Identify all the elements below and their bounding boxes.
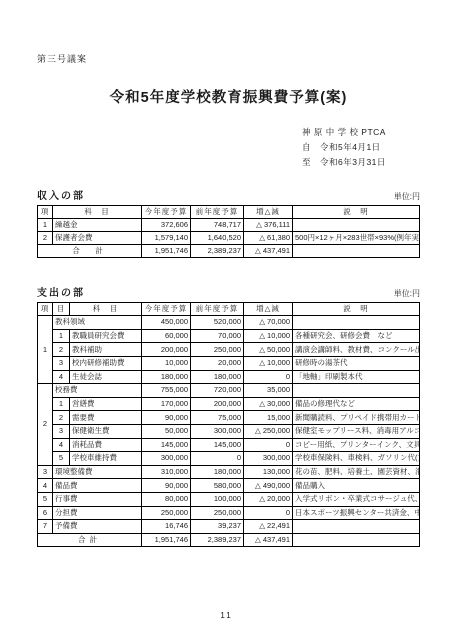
col-ko: 6 [38,506,53,520]
col-name: 消耗品費 [70,438,142,452]
col-diff: △ 10,000 [244,357,293,371]
col-current: 16,746 [142,520,191,534]
col-previous: 180,000 [191,370,244,384]
col-previous: 39,237 [191,520,244,534]
col-current: 300,000 [142,452,191,466]
col-diff: △ 61,380 [244,231,293,244]
column-header: 科 目 [70,302,142,316]
col-ko: 2 [38,384,53,466]
col-note: 講演会講師料、教材費、コンクール出品料、生徒の教科に必要な教材等 [293,343,420,357]
col-previous: 300,000 [191,424,244,438]
col-previous: 520,000 [191,316,244,330]
table-row: 4 生徒会誌 180,000 180,000 0 「地軸」印刷製本代 [38,370,420,384]
col-diff: 0 [244,438,293,452]
col-name: 教科領域 [53,316,142,330]
col-previous: 75,000 [191,411,244,425]
col-previous: 250,000 [191,343,244,357]
col-me: 4 [53,370,70,384]
col-name: 需要費 [70,411,142,425]
col-diff: △ 437,491 [244,244,293,257]
col-previous: 2,389,237 [191,244,244,257]
expense-section-title: 支出の部 [37,284,85,299]
col-name: 教科補助 [70,343,142,357]
col-diff: △ 30,000 [244,397,293,411]
col-name: 備品費 [53,479,142,493]
document-page: 第三号議案 令和5年度学校教育振興費予算(案) 神 原 中 学 校 PTCA 自… [0,0,453,640]
col-diff: △ 10,000 [244,329,293,343]
col-note [293,218,420,231]
col-me: 1 [53,397,70,411]
table-row: 2 保護者会費 1,579,140 1,640,520 △ 61,380 500… [38,231,420,244]
col-name: 教職員研究会費 [70,329,142,343]
col-note: 新聞購読料、プリペイド携帯用カード料 [293,411,420,425]
column-header: 科 目 [53,205,142,218]
col-current: 50,000 [142,424,191,438]
col-me: 3 [53,357,70,371]
group-row: 1 教科領域 450,000 520,000 △ 70,000 [38,316,420,330]
col-previous: 200,000 [191,397,244,411]
period-from: 自 令和5年4月1日 [302,140,420,155]
column-header: 目 [53,302,70,316]
col-note [293,316,420,330]
col-me: 3 [53,424,70,438]
page-title: 令和5年度学校教育振興費予算(案) [37,86,420,107]
col-note: 日本スポーツ振興センター共済金、中体連・中分連分担金 [293,506,420,520]
column-header: 今年度予算 [142,205,191,218]
table-row: 1 繰越金 372,606 748,717 △ 376,111 [38,218,420,231]
col-previous: 180,000 [191,465,244,479]
col-name: 保護者会費 [53,231,142,244]
column-header: 増△減 [244,302,293,316]
col-diff: △ 376,111 [244,218,293,231]
col-previous: 20,000 [191,357,244,371]
col-previous: 250,000 [191,506,244,520]
income-section-head: 収入の部 単位:円 [37,187,420,202]
col-ko: 3 [38,465,53,479]
col-name: 行事費 [53,492,142,506]
col-ko: 7 [38,520,53,534]
col-note: 学校車保険料、車検料、ガソリン代(文化・スポーツ振興費からの移行) [293,452,420,466]
col-previous: 748,717 [191,218,244,231]
col-note [293,384,420,398]
col-me: 1 [53,329,70,343]
col-name: 繰越金 [53,218,142,231]
col-current: 180,000 [142,370,191,384]
col-name: 生徒会誌 [70,370,142,384]
col-diff: 130,000 [244,465,293,479]
column-header: 前年度予算 [191,302,244,316]
income-section-title: 収入の部 [37,187,85,202]
org-name: 神 原 中 学 校 PTCA [302,125,420,140]
col-current: 80,000 [142,492,191,506]
column-header: 前年度予算 [191,205,244,218]
col-current: 10,000 [142,357,191,371]
income-table: 項 科 目 今年度予算 前年度予算 増△減 説 明 1 繰越金 372,606 … [37,205,420,258]
col-diff: △ 20,000 [244,492,293,506]
table-row: 1 営繕費 170,000 200,000 △ 30,000 備品の修理代など [38,397,420,411]
col-name: 保健衛生費 [70,424,142,438]
col-name: 分担費 [53,506,142,520]
col-name: 校内研修補助費 [70,357,142,371]
col-note: 各種研究会、研修会費 など [293,329,420,343]
col-previous: 720,000 [191,384,244,398]
col-previous: 70,000 [191,329,244,343]
col-current: 1,579,140 [142,231,191,244]
col-current: 372,606 [142,218,191,231]
table-row: 7 予備費 16,746 39,237 △ 22,491 [38,520,420,534]
col-current: 755,000 [142,384,191,398]
col-ko: 5 [38,492,53,506]
col-note: 500円×12ヶ月×283世帯×93%(例年実績) [293,231,420,244]
table-row: 6 分担費 250,000 250,000 0 日本スポーツ振興センター共済金、… [38,506,420,520]
col-note: 花の苗、肥料、培養土、園芸資材、潅水外部委託費 [293,465,420,479]
total-label: 合計 [38,533,142,547]
column-header: 項 [38,205,53,218]
total-row: 合 計 1,951,746 2,389,237 △ 437,491 [38,244,420,257]
col-diff: 300,000 [244,452,293,466]
col-name: 環境整備費 [53,465,142,479]
col-note: 入学式リボン・卒業式コサージュ代、式典用生花代 [293,492,420,506]
col-current: 310,000 [142,465,191,479]
col-note: 研修時の湯茶代 [293,357,420,371]
col-note: 備品購入 [293,479,420,493]
col-name: 学校車維持費 [70,452,142,466]
col-diff: △ 70,000 [244,316,293,330]
expense-table: 項 目 科 目 今年度予算 前年度予算 増△減 説 明 1 教科領域 450,0… [37,302,420,548]
col-previous: 1,640,520 [191,231,244,244]
column-header: 説 明 [293,302,420,316]
col-diff: △ 250,000 [244,424,293,438]
table-row: 4 消耗品費 145,000 145,000 0 コピー用紙、プリンターインク、… [38,438,420,452]
col-current: 90,000 [142,479,191,493]
column-header: 今年度予算 [142,302,191,316]
col-diff: △ 437,491 [244,533,293,547]
table-row: 3 環境整備費 310,000 180,000 130,000 花の苗、肥料、培… [38,465,420,479]
table-row: 2 需要費 90,000 75,000 15,000 新聞購読料、プリペイド携帯… [38,411,420,425]
table-row: 3 校内研修補助費 10,000 20,000 △ 10,000 研修時の湯茶代 [38,357,420,371]
col-diff: △ 22,491 [244,520,293,534]
col-ko: 1 [38,316,53,384]
col-no: 1 [38,218,53,231]
total-label: 合 計 [38,244,142,257]
table-row: 1 教職員研究会費 60,000 70,000 △ 10,000 各種研究会、研… [38,329,420,343]
table-row: 5 行事費 80,000 100,000 △ 20,000 入学式リボン・卒業式… [38,492,420,506]
col-current: 145,000 [142,438,191,452]
column-header: 説 明 [293,205,420,218]
col-note [293,244,420,257]
expense-section-head: 支出の部 単位:円 [37,284,420,299]
table-row: 2 教科補助 200,000 250,000 △ 50,000 講演会講師料、教… [38,343,420,357]
col-previous: 145,000 [191,438,244,452]
col-previous: 580,000 [191,479,244,493]
period-to: 至 令和6年3月31日 [302,155,420,170]
page-number: 11 [0,611,453,620]
col-note: 保健室モップリース料、消毒用アルコール代 [293,424,420,438]
income-header-row: 項 科 目 今年度予算 前年度予算 増△減 説 明 [38,205,420,218]
col-current: 60,000 [142,329,191,343]
col-note: コピー用紙、プリンターインク、文具など [293,438,420,452]
expense-header-row: 項 目 科 目 今年度予算 前年度予算 増△減 説 明 [38,302,420,316]
col-note [293,520,420,534]
col-note: 備品の修理代など [293,397,420,411]
column-header: 増△減 [244,205,293,218]
expense-unit-label: 単位:円 [394,288,420,299]
case-label: 第三号議案 [37,52,420,65]
col-note [293,533,420,547]
col-me: 2 [53,411,70,425]
col-me: 5 [53,452,70,466]
col-diff: 15,000 [244,411,293,425]
income-unit-label: 単位:円 [394,191,420,202]
col-note: 「地軸」印刷製本代 [293,370,420,384]
table-row: 3 保健衛生費 50,000 300,000 △ 250,000 保健室モップリ… [38,424,420,438]
org-block: 神 原 中 学 校 PTCA 自 令和5年4月1日 至 令和6年3月31日 [302,125,420,170]
column-header: 項 [38,302,53,316]
col-previous: 0 [191,452,244,466]
col-diff: 35,000 [244,384,293,398]
col-current: 90,000 [142,411,191,425]
col-no: 2 [38,231,53,244]
table-row: 4 備品費 90,000 580,000 △ 490,000 備品購入 [38,479,420,493]
col-current: 170,000 [142,397,191,411]
col-me: 2 [53,343,70,357]
col-ko: 4 [38,479,53,493]
table-row: 5 学校車維持費 300,000 0 300,000 学校車保険料、車検料、ガソ… [38,452,420,466]
group-row: 2 校務費 755,000 720,000 35,000 [38,384,420,398]
col-name: 予備費 [53,520,142,534]
col-diff: △ 50,000 [244,343,293,357]
col-current: 200,000 [142,343,191,357]
col-previous: 2,389,237 [191,533,244,547]
col-previous: 100,000 [191,492,244,506]
col-diff: △ 490,000 [244,479,293,493]
col-current: 1,951,746 [142,533,191,547]
col-name: 営繕費 [70,397,142,411]
col-current: 250,000 [142,506,191,520]
col-current: 450,000 [142,316,191,330]
col-current: 1,951,746 [142,244,191,257]
total-row: 合計 1,951,746 2,389,237 △ 437,491 [38,533,420,547]
col-diff: 0 [244,506,293,520]
col-me: 4 [53,438,70,452]
col-diff: 0 [244,370,293,384]
col-name: 校務費 [53,384,142,398]
